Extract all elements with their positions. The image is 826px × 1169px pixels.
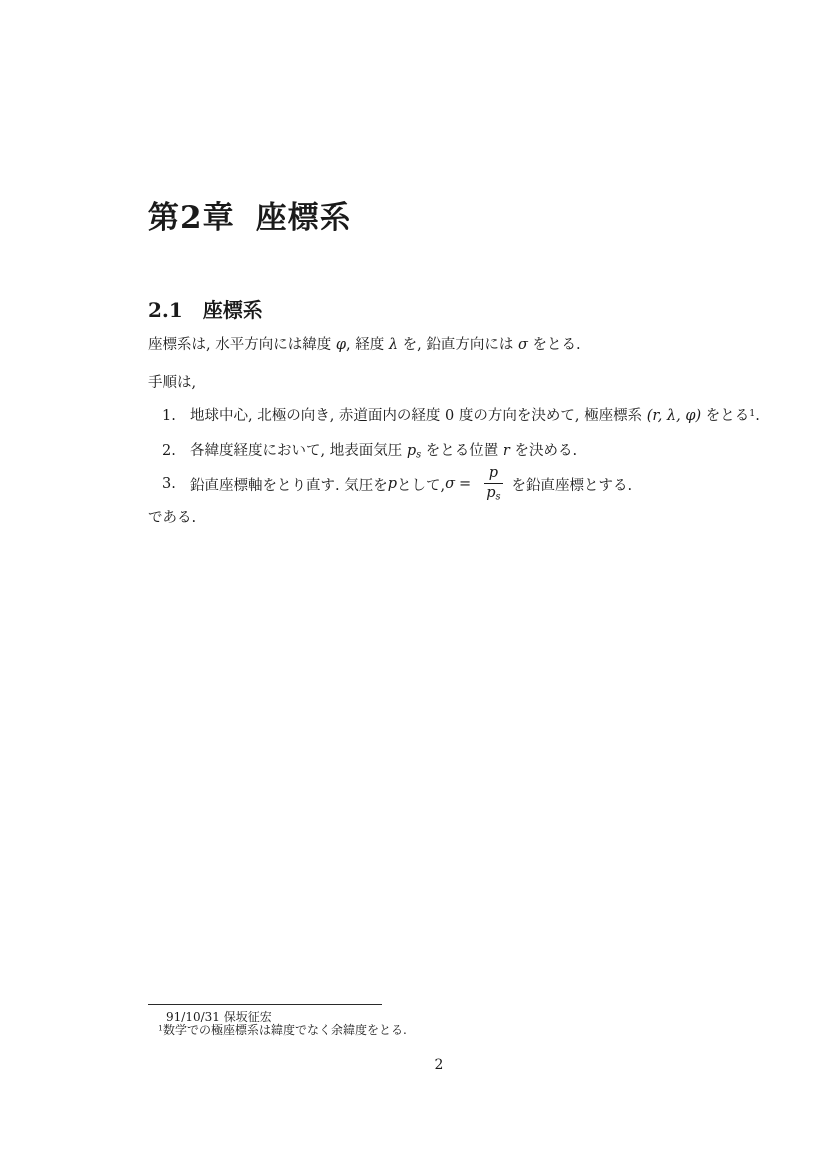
phi-symbol: φ — [336, 337, 346, 353]
item-number: 1. — [162, 408, 183, 424]
item-text: を決める. — [510, 443, 577, 459]
item-text: 鉛直座標軸をとり直す. 気圧を — [190, 474, 388, 495]
page-number: 2 — [148, 1057, 730, 1073]
sigma-symbol: σ — [445, 476, 455, 492]
lambda-symbol: λ — [389, 337, 398, 353]
section-title: 座標系 — [203, 298, 263, 322]
item-text: . — [755, 408, 760, 424]
item-number: 2. — [162, 443, 183, 459]
procedure-lead: 手順は, — [148, 373, 196, 394]
sigma-symbol: σ — [518, 337, 528, 353]
item-text: を鉛直座標とする. — [512, 474, 633, 495]
footnote-text: 数学での極座標系は緯度でなく余緯度をとる. — [163, 1023, 407, 1037]
document-page: { "chapter": { "label": "第2章", "title": … — [0, 0, 826, 1169]
intro-text: , 経度 — [346, 337, 389, 353]
chapter-heading: 第2章座標系 — [148, 192, 352, 237]
equals-sign: = — [459, 476, 471, 492]
footnote-text-line: 1数学での極座標系は緯度でなく余緯度をとる. — [158, 1021, 407, 1038]
list-item-3: 3.鉛直座標軸をとり直す. 気圧を p として, σ=pps を鉛直座標とする. — [148, 466, 632, 502]
intro-text: を, 鉛直方向には — [398, 337, 518, 353]
list-item-2: 2.各緯度経度において, 地表面気圧 ps をとる位置 r を決める. — [148, 439, 577, 460]
item-text: 地球中心, 北極の向き, 赤道面内の経度 0 度の方向を決めて, 極座標系 — [190, 408, 647, 424]
footnote-rule — [148, 1004, 382, 1005]
item-text: 各緯度経度において, 地表面気圧 — [190, 443, 407, 459]
section-heading: 2.1座標系 — [148, 294, 263, 323]
chapter-label: 第2章 — [148, 200, 235, 236]
p-symbol: p — [388, 476, 397, 492]
intro-text: をとる. — [528, 337, 581, 353]
fraction-denominator: ps — [481, 484, 505, 503]
list-item-1: 1.地球中心, 北極の向き, 赤道面内の経度 0 度の方向を決めて, 極座標系 … — [148, 404, 760, 425]
item-text: をとる位置 — [421, 443, 503, 459]
item-number: 3. — [162, 476, 183, 492]
p-s-symbol: ps — [407, 443, 421, 459]
fraction-numerator: p — [484, 466, 503, 484]
intro-text: 座標系は, 水平方向には緯度 — [148, 337, 336, 353]
item-text: をとる — [701, 408, 749, 424]
p-symbol: p — [407, 443, 416, 459]
closing-paragraph: である. — [148, 508, 196, 529]
chapter-title: 座標系 — [256, 200, 352, 236]
s-subscript: s — [495, 491, 500, 502]
r-symbol: r — [503, 443, 510, 459]
item-text: として, — [397, 474, 445, 495]
intro-paragraph: 座標系は, 水平方向には緯度 φ, 経度 λ を, 鉛直方向には σ をとる. — [148, 335, 581, 356]
section-number: 2.1 — [148, 298, 183, 322]
polar-coords-math: (r, λ, φ) — [647, 408, 701, 424]
fraction-p-over-ps: pps — [481, 466, 505, 503]
